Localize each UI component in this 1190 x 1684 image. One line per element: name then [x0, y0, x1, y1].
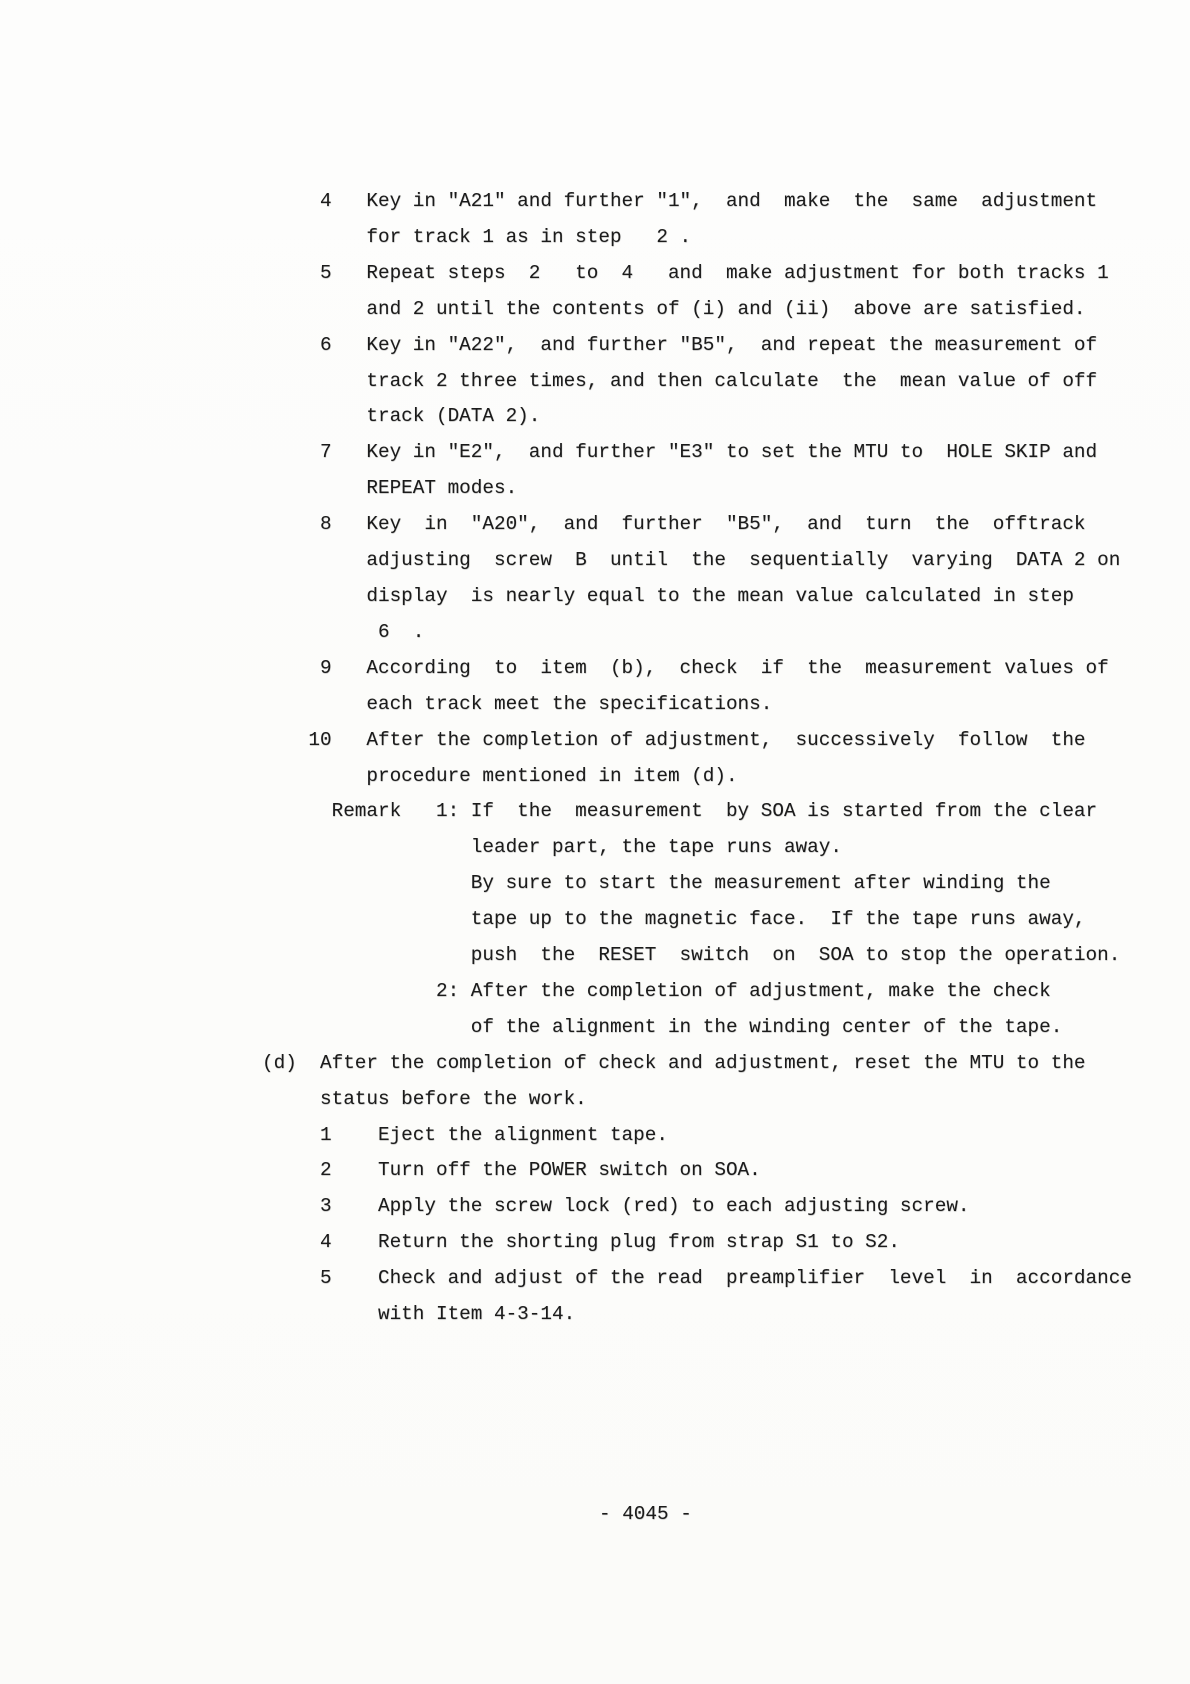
page-number: - 4045 -: [599, 1503, 692, 1525]
typewritten-body-text: 4 Key in "A21" and further "1", and make…: [262, 184, 1132, 1333]
document-page: 4 Key in "A21" and further "1", and make…: [0, 0, 1190, 1684]
scanned-document: { "document": { "page_number": "- 4045 -…: [0, 0, 1190, 1684]
